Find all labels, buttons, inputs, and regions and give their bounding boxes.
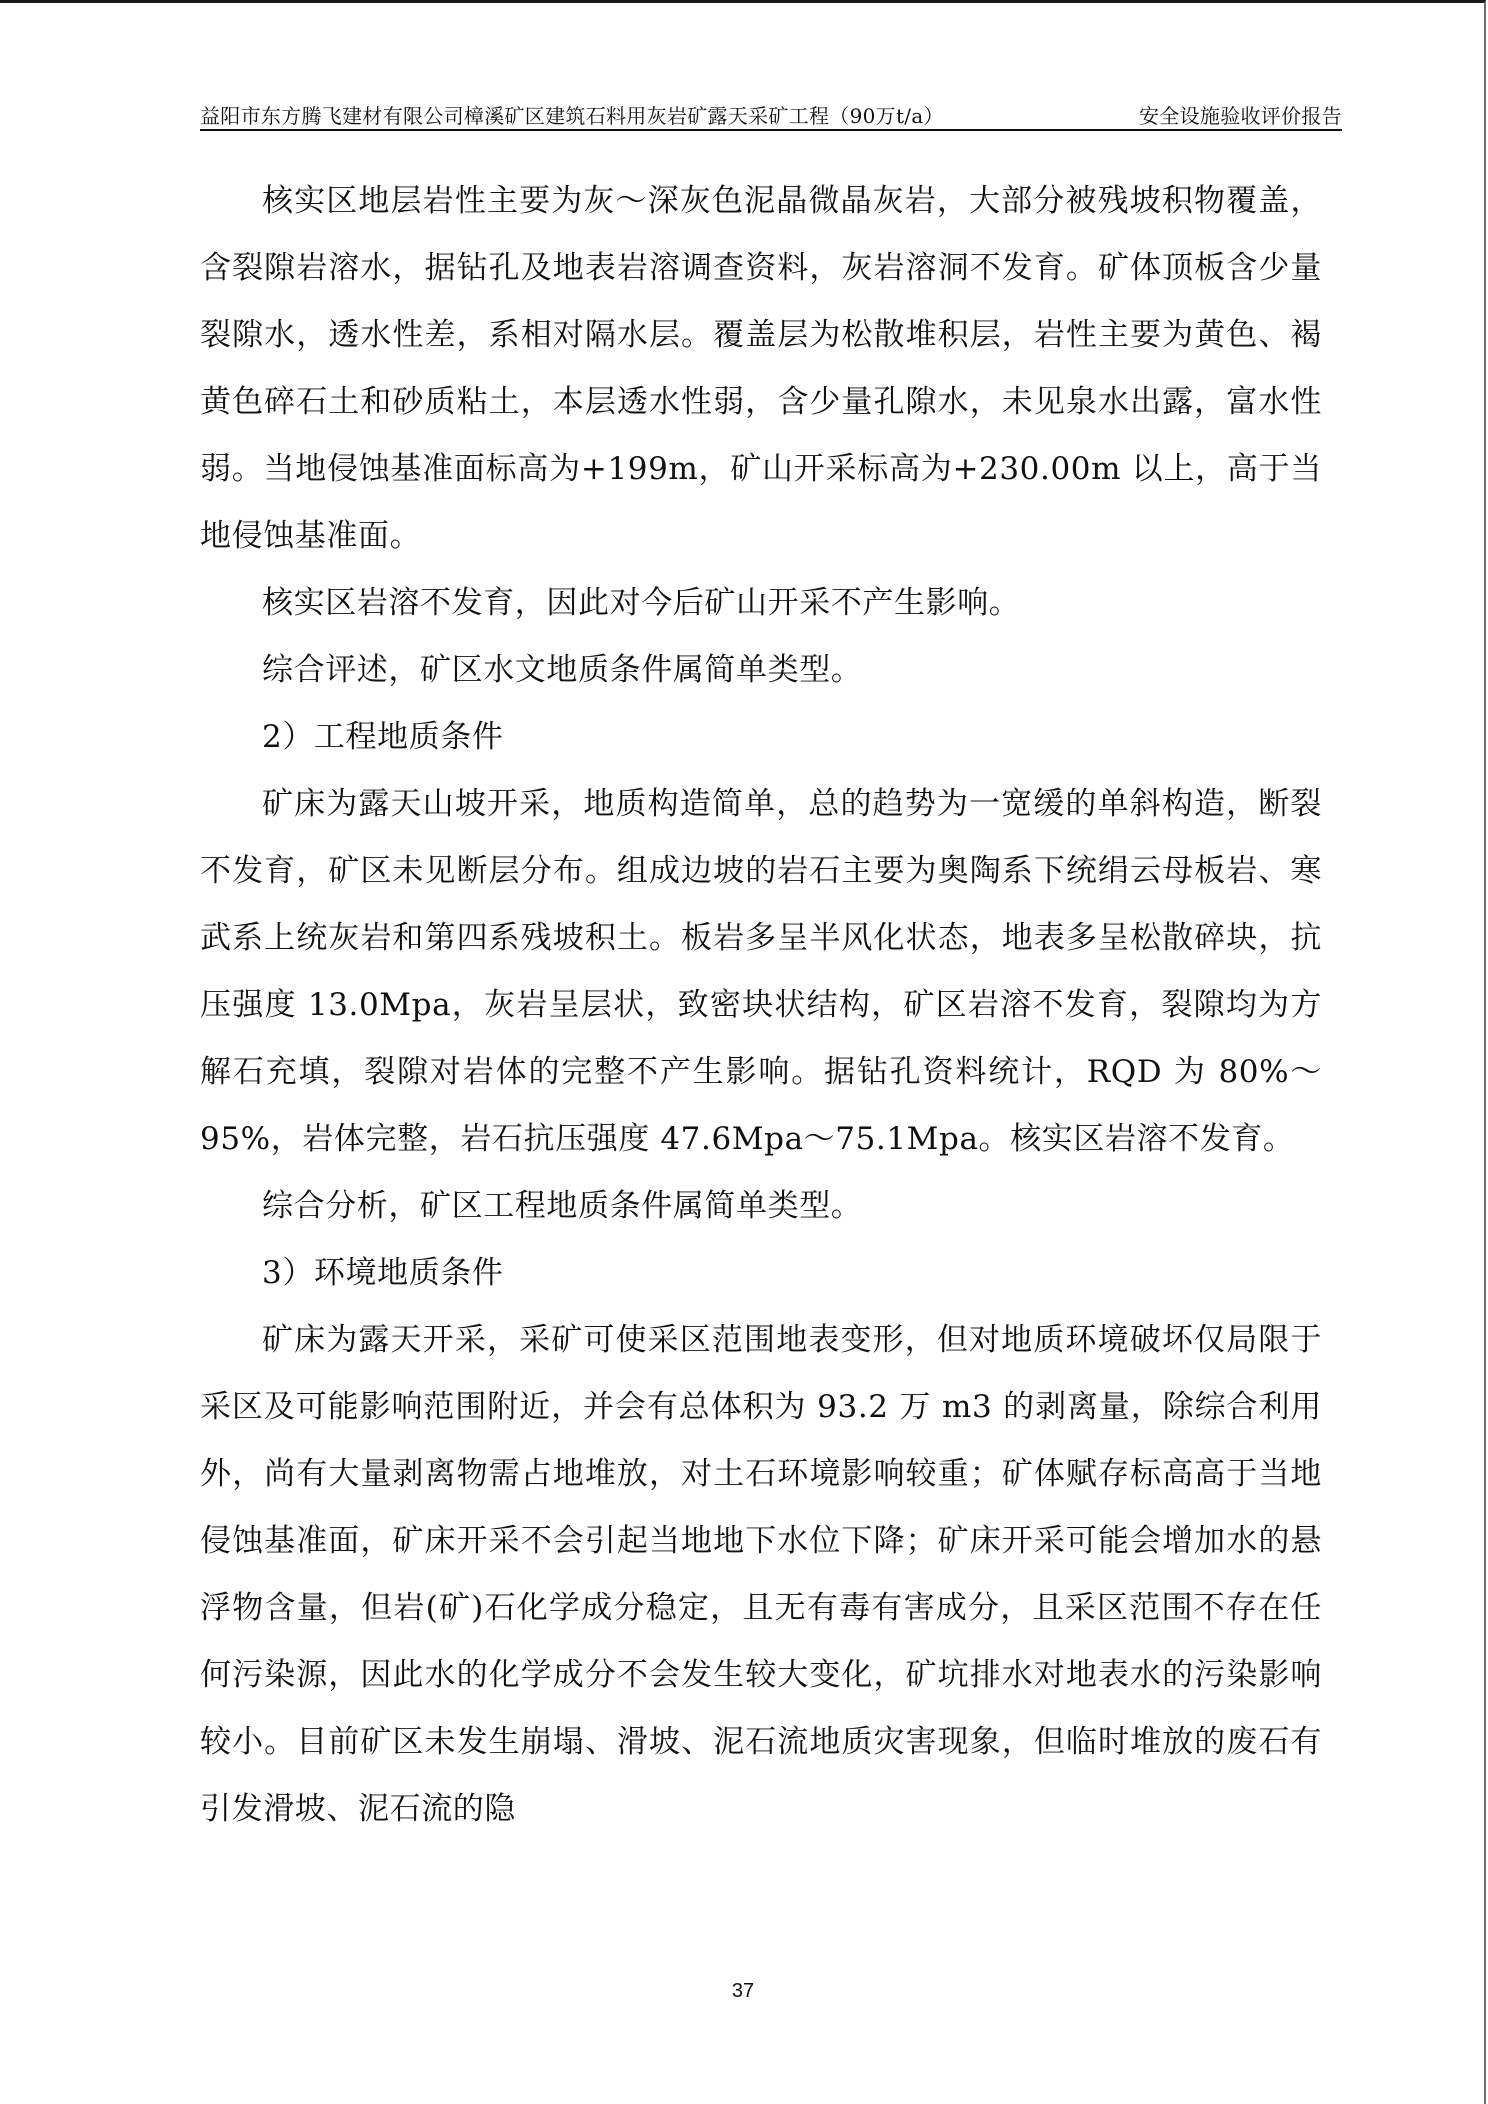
paragraph-hydro-summary: 综合评述，矿区水文地质条件属简单类型。 — [200, 637, 1322, 704]
document-page: 益阳市东方腾飞建材有限公司樟溪矿区建筑石料用灰岩矿露天采矿工程（90万t/a） … — [0, 0, 1486, 2104]
paragraph-hydrogeology: 核实区地层岩性主要为灰～深灰色泥晶微晶灰岩，大部分被残坡积物覆盖，含裂隙岩溶水，… — [200, 168, 1322, 570]
paragraph-engineering-summary: 综合分析，矿区工程地质条件属简单类型。 — [200, 1173, 1322, 1240]
running-header: 益阳市东方腾飞建材有限公司樟溪矿区建筑石料用灰岩矿露天采矿工程（90万t/a） … — [200, 101, 1342, 131]
header-project-title: 益阳市东方腾飞建材有限公司樟溪矿区建筑石料用灰岩矿露天采矿工程（90万t/a） — [200, 103, 944, 129]
paragraph-engineering-geology: 矿床为露天山坡开采，地质构造简单，总的趋势为一宽缓的单斜构造，断裂不发育，矿区未… — [200, 771, 1322, 1173]
body-text: 核实区地层岩性主要为灰～深灰色泥晶微晶灰岩，大部分被残坡积物覆盖，含裂隙岩溶水，… — [200, 168, 1322, 1843]
section-heading-environmental-geology: 3）环境地质条件 — [200, 1240, 1322, 1307]
section-heading-engineering-geology: 2）工程地质条件 — [200, 704, 1322, 771]
header-report-title: 安全设施验收评价报告 — [1139, 103, 1342, 129]
page-number: 37 — [0, 1979, 1486, 2003]
paragraph-environmental-geology: 矿床为露天开采，采矿可使采区范围地表变形，但对地质环境破坏仅局限于采区及可能影响… — [200, 1307, 1322, 1843]
paragraph-karst: 核实区岩溶不发育，因此对今后矿山开采不产生影响。 — [200, 570, 1322, 637]
